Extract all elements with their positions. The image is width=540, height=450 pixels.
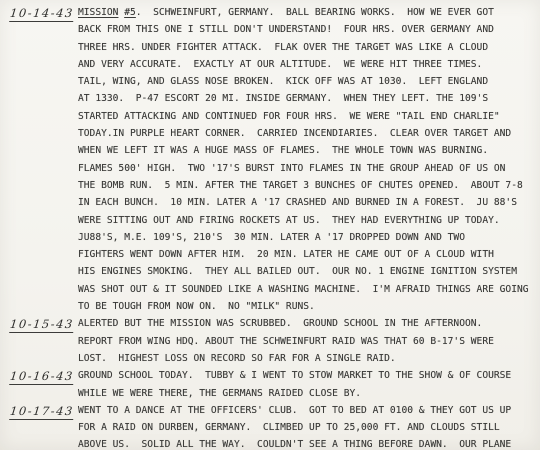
- diary-line: FLAMES 500' HIGH. TWO '17'S BURST INTO F…: [78, 160, 536, 177]
- diary-page: 10-14-43MISSION #5. SCHWEINFURT, GERMANY…: [0, 0, 540, 450]
- diary-line: TO BE TOUGH FROM NOW ON. NO "MILK" RUNS.: [78, 298, 536, 315]
- diary-line: ABOVE US. SOLID ALL THE WAY. COULDN'T SE…: [78, 436, 536, 450]
- diary-entry: 10-16-43GROUND SCHOOL TODAY. TUBBY & I W…: [0, 367, 536, 402]
- diary-line: HIS ENGINES SMOKING. THEY ALL BAILED OUT…: [78, 263, 536, 280]
- text-segment: . SCHWEINFURT, GERMANY. BALL BEARING WOR…: [136, 7, 494, 18]
- diary-line: THREE HRS. UNDER FIGHTER ATTACK. FLAK OV…: [78, 39, 536, 56]
- underlined-text: MISSION: [78, 7, 118, 18]
- diary-line: ALERTED BUT THE MISSION WAS SCRUBBED. GR…: [78, 315, 536, 332]
- entry-lines: MISSION #5. SCHWEINFURT, GERMANY. BALL B…: [78, 4, 536, 315]
- entry-date: 10-16-43: [9, 369, 74, 385]
- diary-line: AT 1330. P-47 ESCORT 20 MI. INSIDE GERMA…: [78, 90, 536, 107]
- diary-line: WHILE WE WERE THERE, THE GERMANS RAIDED …: [78, 385, 536, 402]
- diary-line: JU88'S, M.E. 109'S, 210'S 30 MIN. LATER …: [78, 229, 536, 246]
- entry-date: 10-17-43: [9, 404, 74, 420]
- entry-date: 10-14-43: [9, 6, 74, 22]
- diary-line: WAS SHOT OUT & IT SOUNDED LIKE A WASHING…: [78, 281, 536, 298]
- entry-lines: ALERTED BUT THE MISSION WAS SCRUBBED. GR…: [78, 315, 536, 367]
- underlined-text: #5: [124, 7, 136, 18]
- diary-line: THE BOMB RUN. 5 MIN. AFTER THE TARGET 3 …: [78, 177, 536, 194]
- diary-line: FOR A RAID ON DURBEN, GERMANY. CLIMBED U…: [78, 419, 536, 436]
- diary-line: TODAY.IN PURPLE HEART CORNER. CARRIED IN…: [78, 125, 536, 142]
- diary-line: AND VERY ACCURATE. EXACTLY AT OUR ALTITU…: [78, 56, 536, 73]
- diary-line: MISSION #5. SCHWEINFURT, GERMANY. BALL B…: [78, 4, 536, 21]
- diary-line: FIGHTERS WENT DOWN AFTER HIM. 20 MIN. LA…: [78, 246, 536, 263]
- diary-entries: 10-14-43MISSION #5. SCHWEINFURT, GERMANY…: [0, 4, 536, 450]
- diary-line: REPORT FROM WING HDQ. ABOUT THE SCHWEINF…: [78, 333, 536, 350]
- entry-lines: WENT TO A DANCE AT THE OFFICERS' CLUB. G…: [78, 402, 536, 450]
- diary-line: WHEN WE LEFT IT WAS A HUGE MASS OF FLAME…: [78, 142, 536, 159]
- diary-line: WERE SITTING OUT AND FIRING ROCKETS AT U…: [78, 212, 536, 229]
- diary-line: LOST. HIGHEST LOSS ON RECORD SO FAR FOR …: [78, 350, 536, 367]
- diary-entry: 10-17-43WENT TO A DANCE AT THE OFFICERS'…: [0, 402, 536, 450]
- entry-date: 10-15-43: [9, 317, 74, 333]
- diary-line: WENT TO A DANCE AT THE OFFICERS' CLUB. G…: [78, 402, 536, 419]
- diary-line: STARTED ATTACKING AND CONTINUED FOR FOUR…: [78, 108, 536, 125]
- entry-lines: GROUND SCHOOL TODAY. TUBBY & I WENT TO S…: [78, 367, 536, 402]
- diary-line: IN EACH BUNCH. 10 MIN. LATER A '17 CRASH…: [78, 194, 536, 211]
- diary-line: GROUND SCHOOL TODAY. TUBBY & I WENT TO S…: [78, 367, 536, 384]
- diary-line: BACK FROM THIS ONE I STILL DON'T UNDERST…: [78, 21, 536, 38]
- diary-entry: 10-15-43ALERTED BUT THE MISSION WAS SCRU…: [0, 315, 536, 367]
- diary-line: TAIL, WING, AND GLASS NOSE BROKEN. KICK …: [78, 73, 536, 90]
- diary-entry: 10-14-43MISSION #5. SCHWEINFURT, GERMANY…: [0, 4, 536, 315]
